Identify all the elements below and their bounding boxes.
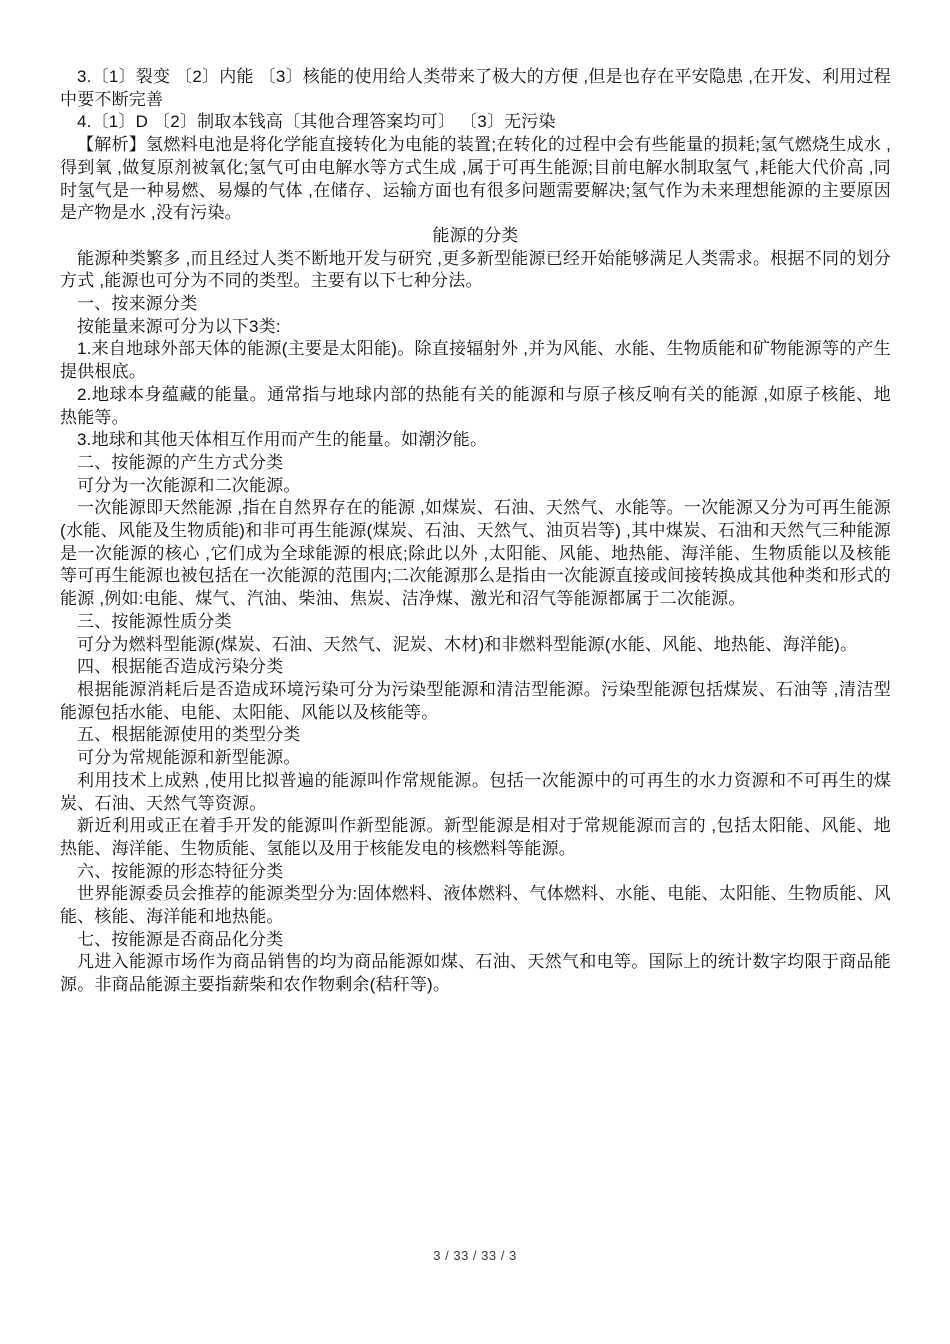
- section-heading-5: 五、根据能源使用的类型分类: [60, 724, 891, 747]
- section-heading-7: 七、按能源是否商品化分类: [60, 929, 891, 952]
- list-item-3: 3.地球和其他天体相互作用而产生的能量。如潮汐能。: [60, 429, 891, 452]
- answer-item-4: 4.〔1〕D 〔2〕制取本钱高〔其他合理答案均可〕 〔3〕无污染: [60, 111, 891, 134]
- section-heading-2: 二、按能源的产生方式分类: [60, 452, 891, 475]
- section-heading-1: 一、按来源分类: [60, 293, 891, 316]
- article-title: 能源的分类: [60, 225, 891, 248]
- document-content: 3.〔1〕裂变 〔2〕内能 〔3〕核能的使用给人类带来了极大的方便 ,但是也存在…: [60, 66, 891, 997]
- body-paragraph: 可分为一次能源和二次能源。: [60, 475, 891, 498]
- section-heading-4: 四、根据能否造成污染分类: [60, 656, 891, 679]
- body-paragraph: 可分为燃料型能源(煤炭、石油、天然气、泥炭、木材)和非燃料型能源(水能、风能、地…: [60, 634, 891, 657]
- list-item-2: 2.地球本身蕴藏的能量。通常指与地球内部的热能有关的能源和与原子核反响有关的能源…: [60, 384, 891, 429]
- list-item-1: 1.来自地球外部天体的能源(主要是太阳能)。除直接辐射外 ,并为风能、水能、生物…: [60, 338, 891, 383]
- body-paragraph: 世界能源委员会推荐的能源类型分为:固体燃料、液体燃料、气体燃料、水能、电能、太阳…: [60, 883, 891, 928]
- page-number-footer: 3 / 33 / 33 / 3: [0, 1248, 950, 1263]
- analysis-paragraph: 【解析】氢燃料电池是将化学能直接转化为电能的装置;在转化的过程中会有些能量的损耗…: [60, 134, 891, 225]
- document-page: 3.〔1〕裂变 〔2〕内能 〔3〕核能的使用给人类带来了极大的方便 ,但是也存在…: [0, 0, 950, 1344]
- body-paragraph: 新近利用或正在着手开发的能源叫作新型能源。新型能源是相对于常规能源而言的 ,包括…: [60, 815, 891, 860]
- body-paragraph: 根据能源消耗后是否造成环境污染可分为污染型能源和清洁型能源。污染型能源包括煤炭、…: [60, 679, 891, 724]
- body-paragraph: 一次能源即天然能源 ,指在自然界存在的能源 ,如煤炭、石油、天然气、水能等。一次…: [60, 497, 891, 611]
- body-paragraph: 凡进入能源市场作为商品销售的均为商品能源如煤、石油、天然气和电等。国际上的统计数…: [60, 951, 891, 996]
- section-heading-6: 六、按能源的形态特征分类: [60, 861, 891, 884]
- section-heading-3: 三、按能源性质分类: [60, 611, 891, 634]
- intro-paragraph: 能源种类繁多 ,而且经过人类不断地开发与研究 ,更多新型能源已经开始能够满足人类…: [60, 248, 891, 293]
- answer-item-3: 3.〔1〕裂变 〔2〕内能 〔3〕核能的使用给人类带来了极大的方便 ,但是也存在…: [60, 66, 891, 111]
- body-paragraph: 按能量来源可分为以下3类:: [60, 316, 891, 339]
- body-paragraph: 可分为常规能源和新型能源。: [60, 747, 891, 770]
- body-paragraph: 利用技术上成熟 ,使用比拟普遍的能源叫作常规能源。包括一次能源中的可再生的水力资…: [60, 770, 891, 815]
